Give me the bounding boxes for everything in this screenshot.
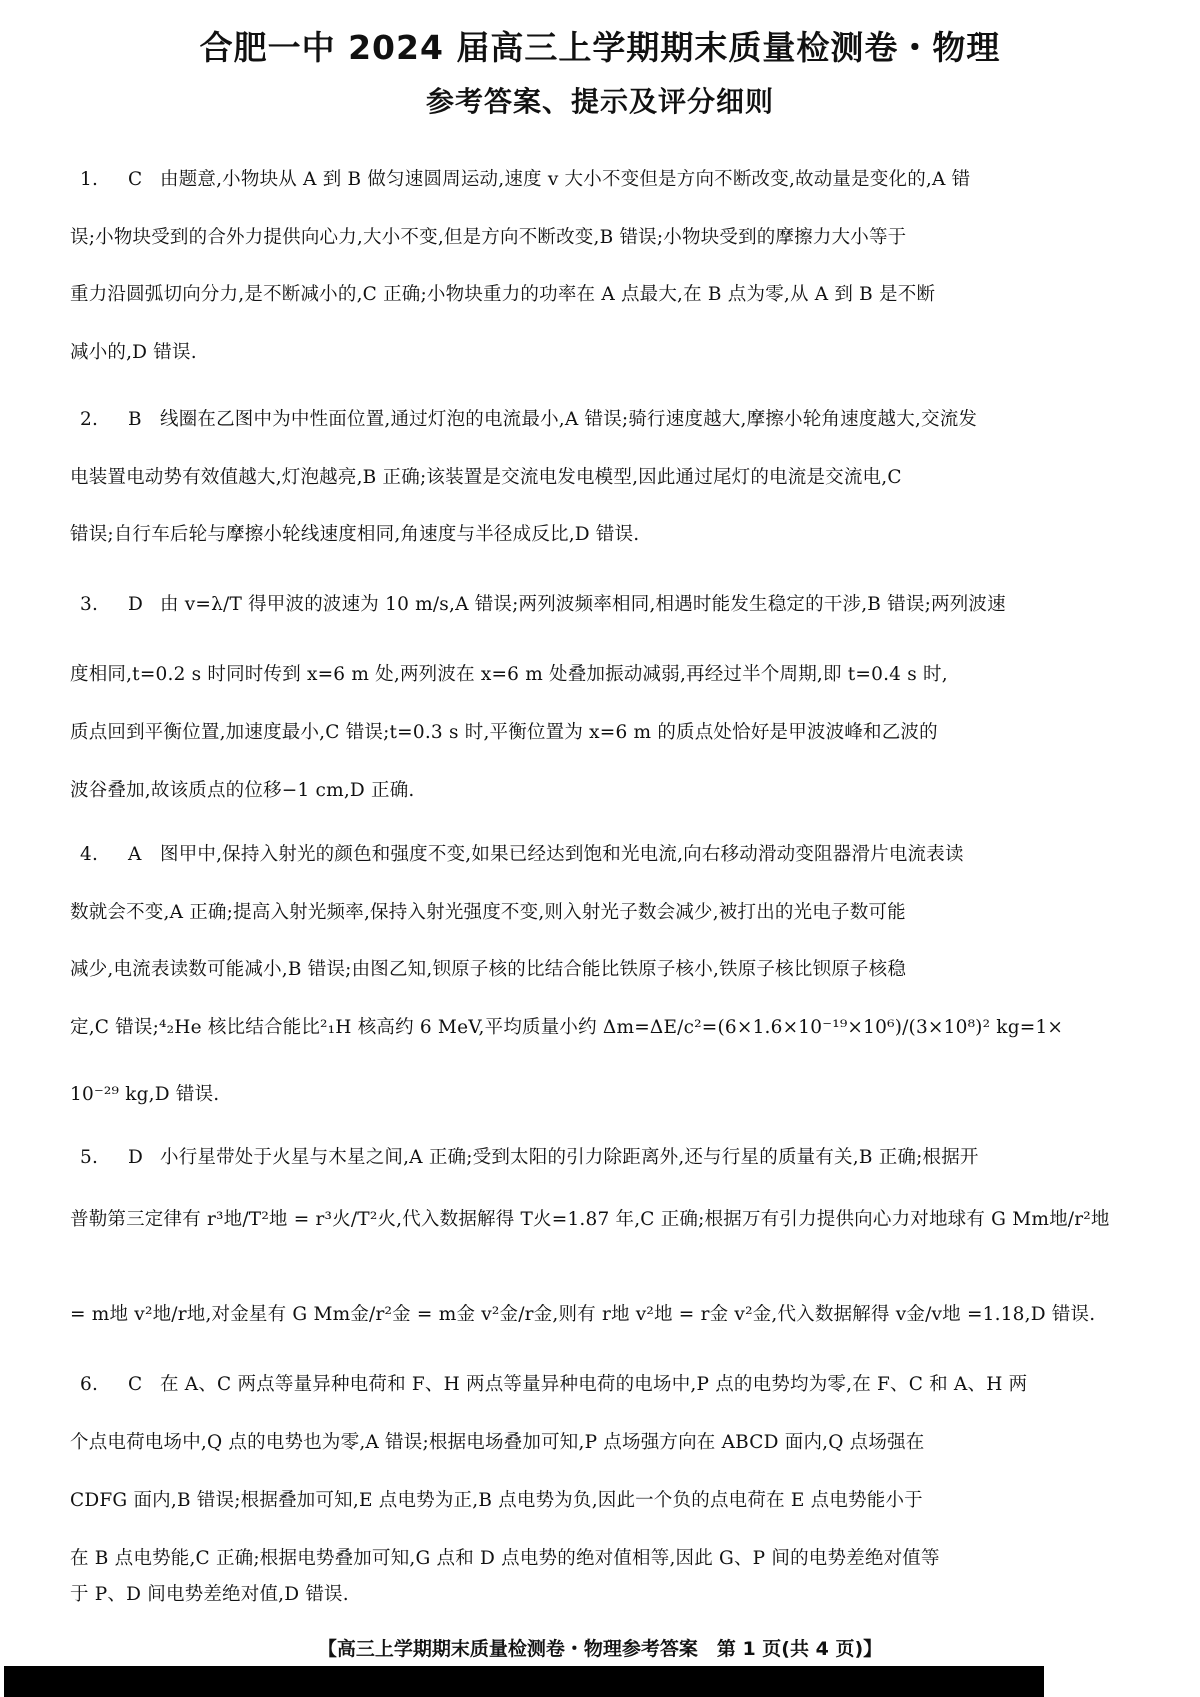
answer-4-line-4: 定,C 错误;⁴₂He 核比结合能比²₁H 核高约 6 MeV,平均质量小约 Δ… <box>70 1013 1145 1039</box>
answer-6-line-3: CDFG 面内,B 错误;根据叠加可知,E 点电势为正,B 点电势为负,因此一个… <box>70 1486 1145 1512</box>
answer-4-line-1: 4.A图甲中,保持入射光的颜色和强度不变,如果已经达到饱和光电流,向右移动滑动变… <box>80 840 1155 866</box>
answer-choice: C <box>128 1374 154 1395</box>
answer-3-line-1: 3.D由 v=λ/T 得甲波的波速为 10 m/s,A 错误;两列波频率相同,相… <box>80 590 1155 616</box>
answer-6-line-5: 于 P、D 间电势差绝对值,D 错误. <box>70 1580 1145 1606</box>
answer-2-line-3: 错误;自行车后轮与摩擦小轮线速度相同,角速度与半径成反比,D 错误. <box>70 520 1145 546</box>
answer-4-line-3: 减少,电流表读数可能减小,B 错误;由图乙知,钡原子核的比结合能比铁原子核小,铁… <box>70 955 1145 981</box>
answer-5-line-3: = m地 v²地/r地,对金星有 G Mm金/r²金 = m金 v²金/r金,则… <box>70 1300 1145 1326</box>
answer-choice: A <box>128 844 154 865</box>
document-subtitle: 参考答案、提示及评分细则 <box>0 80 1200 120</box>
answer-1-line-1: 1.C由题意,小物块从 A 到 B 做匀速圆周运动,速度 v 大小不变但是方向不… <box>80 165 1155 191</box>
answer-1-line-2: 误;小物块受到的合外力提供向心力,大小不变,但是方向不断改变,B 错误;小物块受… <box>70 223 1145 249</box>
answer-2-line-2: 电装置电动势有效值越大,灯泡越亮,B 正确;该装置是交流电发电模型,因此通过尾灯… <box>70 463 1145 489</box>
answer-number: 4. <box>80 844 128 865</box>
answer-text: 线圈在乙图中为中性面位置,通过灯泡的电流最小,A 错误;骑行速度越大,摩擦小轮角… <box>160 409 977 430</box>
answer-6-line-4: 在 B 点电势能,C 正确;根据电势叠加可知,G 点和 D 点电势的绝对值相等,… <box>70 1544 1145 1570</box>
answer-choice: D <box>128 1147 154 1168</box>
answer-5-line-2: 普勒第三定律有 r³地/T²地 = r³火/T²火,代入数据解得 T火=1.87… <box>70 1205 1145 1231</box>
answer-6-line-2: 个点电荷电场中,Q 点的电势也为零,A 错误;根据电场叠加可知,P 点场强方向在… <box>70 1428 1145 1454</box>
answer-number: 3. <box>80 594 128 615</box>
answer-number: 1. <box>80 169 128 190</box>
answer-3-line-4: 波谷叠加,故该质点的位移−1 cm,D 正确. <box>70 776 1145 802</box>
answer-3-line-3: 质点回到平衡位置,加速度最小,C 错误;t=0.3 s 时,平衡位置为 x=6 … <box>70 718 1145 744</box>
document-title: 合肥一中 2024 届高三上学期期末质量检测卷・物理 <box>0 22 1200 69</box>
answer-4-line-5: 10⁻²⁹ kg,D 错误. <box>70 1080 1145 1106</box>
answer-number: 6. <box>80 1374 128 1395</box>
answer-2-line-1: 2.B线圈在乙图中为中性面位置,通过灯泡的电流最小,A 错误;骑行速度越大,摩擦… <box>80 405 1155 431</box>
answer-1-line-4: 减小的,D 错误. <box>70 338 1145 364</box>
answer-1-line-3: 重力沿圆弧切向分力,是不断减小的,C 正确;小物块重力的功率在 A 点最大,在 … <box>70 280 1145 306</box>
answer-6-line-1: 6.C在 A、C 两点等量异种电荷和 F、H 两点等量异种电荷的电场中,P 点的… <box>80 1370 1155 1396</box>
answer-3-line-2: 度相同,t=0.2 s 时同时传到 x=6 m 处,两列波在 x=6 m 处叠加… <box>70 660 1145 686</box>
answer-text: 在 A、C 两点等量异种电荷和 F、H 两点等量异种电荷的电场中,P 点的电势均… <box>160 1374 1027 1395</box>
answer-number: 5. <box>80 1147 128 1168</box>
answer-choice: C <box>128 169 154 190</box>
answer-5-line-1: 5.D小行星带处于火星与木星之间,A 正确;受到太阳的引力除距离外,还与行星的质… <box>80 1143 1155 1169</box>
answer-text: 由 v=λ/T 得甲波的波速为 10 m/s,A 错误;两列波频率相同,相遇时能… <box>160 594 1006 615</box>
answer-number: 2. <box>80 409 128 430</box>
page-footer: 【高三上学期期末质量检测卷・物理参考答案 第 1 页(共 4 页)】 <box>0 1634 1200 1661</box>
answer-choice: B <box>128 409 154 430</box>
answer-text: 图甲中,保持入射光的颜色和强度不变,如果已经达到饱和光电流,向右移动滑动变阻器滑… <box>160 844 964 865</box>
answer-text: 小行星带处于火星与木星之间,A 正确;受到太阳的引力除距离外,还与行星的质量有关… <box>160 1147 979 1168</box>
answer-text: 由题意,小物块从 A 到 B 做匀速圆周运动,速度 v 大小不变但是方向不断改变… <box>160 169 970 190</box>
scan-edge-bar <box>4 1666 1044 1697</box>
answer-4-line-2: 数就会不变,A 正确;提高入射光频率,保持入射光强度不变,则入射光子数会减少,被… <box>70 898 1145 924</box>
answer-choice: D <box>128 594 154 615</box>
